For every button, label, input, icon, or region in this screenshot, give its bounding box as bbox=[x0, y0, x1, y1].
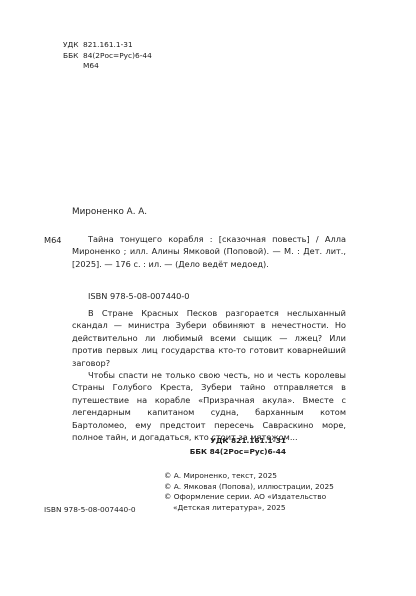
udk-label: УДК bbox=[63, 40, 83, 51]
footer-isbn: ISBN 978-5-08-007440-0 bbox=[44, 505, 136, 516]
bbk-value: 84(2Рос=Рус)6-44 bbox=[83, 51, 152, 62]
bbk-classification: ББК 84(2Рос=Рус)6-44 bbox=[190, 447, 286, 458]
bbk-label: ББК bbox=[63, 51, 83, 62]
bbk-line: ББК 84(2Рос=Рус)6-44 bbox=[63, 51, 152, 62]
author-mark-line: М64 bbox=[63, 61, 152, 72]
author-mark: М64 bbox=[83, 61, 99, 72]
classification-block: УДК 821.161.1-31 ББК 84(2Рос=Рус)6-44 bbox=[190, 436, 286, 457]
copyright-illustrations: © А. Ямковая (Попова), иллюстрации, 2025 bbox=[164, 482, 334, 493]
annotation-paragraph: В Стране Красных Песков разгорается несл… bbox=[72, 307, 346, 369]
udk-classification: УДК 821.161.1-31 bbox=[190, 436, 286, 447]
catalog-author-mark: М64 bbox=[44, 235, 61, 245]
udk-bbk-header: УДК 821.161.1-31 ББК 84(2Рос=Рус)6-44 М6… bbox=[63, 40, 152, 72]
copyright-series: © Оформление серии. АО «Издательство bbox=[164, 492, 334, 503]
annotation-paragraph: Чтобы спасти не только свою честь, но и … bbox=[72, 369, 346, 443]
catalog-author: Мироненко А. А. bbox=[72, 207, 147, 217]
copyright-text: © А. Мироненко, текст, 2025 bbox=[164, 471, 334, 482]
copyright-block: © А. Мироненко, текст, 2025 © А. Ямковая… bbox=[164, 471, 334, 513]
udk-line: УДК 821.161.1-31 bbox=[63, 40, 152, 51]
annotation: В Стране Красных Песков разгорается несл… bbox=[72, 307, 346, 443]
copyright-series-cont: «Детская литература», 2025 bbox=[164, 503, 334, 514]
catalog-isbn: ISBN 978-5-08-007440-0 bbox=[88, 290, 190, 302]
bibliographic-description: Тайна тонущего корабля : [сказочная пове… bbox=[72, 233, 346, 270]
udk-value: 821.161.1-31 bbox=[83, 40, 133, 51]
